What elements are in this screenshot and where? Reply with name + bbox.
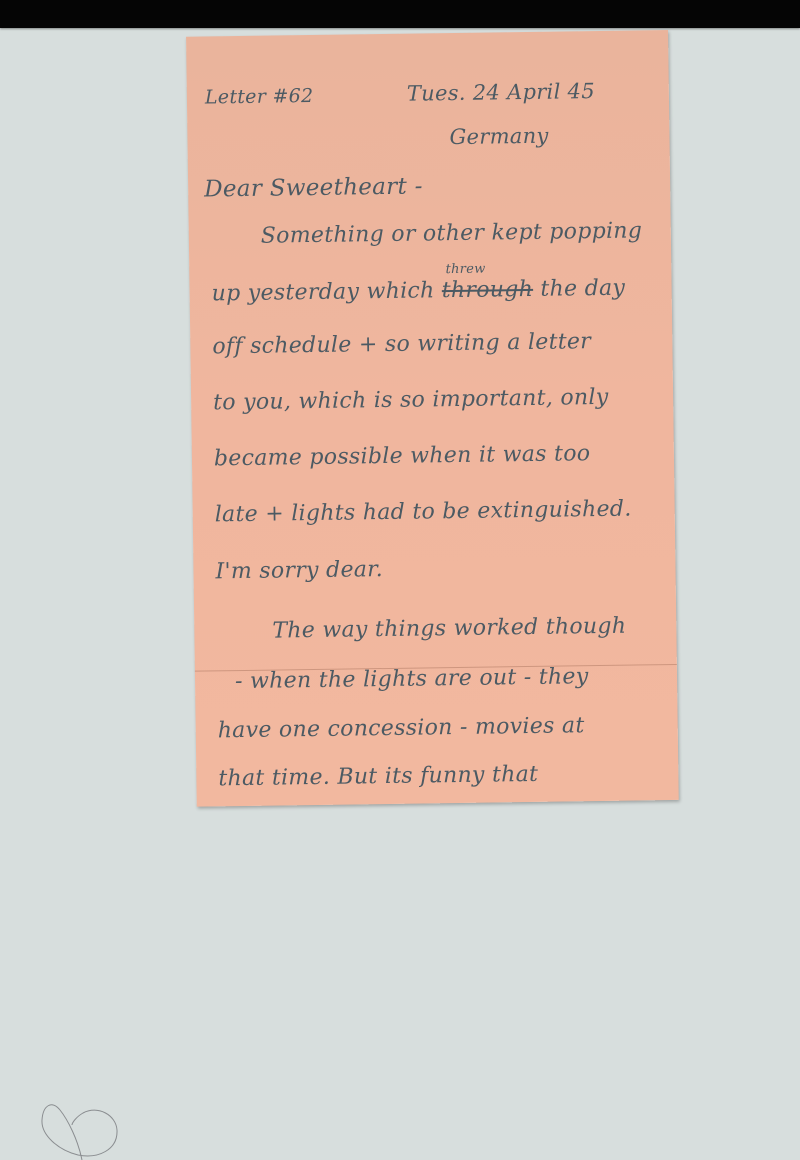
body-line-5: became possible when it was too <box>214 441 591 471</box>
line-text: became possible when it was too <box>214 441 591 471</box>
line-text: off schedule + so writing a letter <box>212 329 591 359</box>
inserted-word: threw <box>445 262 485 278</box>
body-line-9: - when the lights are out - they <box>235 664 589 694</box>
body-line-8: The way things worked though <box>272 614 626 644</box>
body-line-2: up yesterday which threwthrough the day <box>211 276 625 307</box>
body-line-7: I'm sorry dear. <box>215 557 383 584</box>
body-line-6: late + lights had to be extinguished. <box>215 497 632 528</box>
line-text: have one concession - movies at <box>218 713 585 743</box>
line-text: up yesterday which <box>211 278 442 306</box>
body-line-10: have one concession - movies at <box>218 713 585 743</box>
salutation: Dear Sweetheart - <box>204 173 423 202</box>
line-text: Something or other kept popping <box>261 218 643 248</box>
line-text: - when the lights are out - they <box>235 664 589 694</box>
line-text: the day <box>533 276 625 302</box>
struck-word: threwthrough <box>442 277 534 303</box>
line-text: The way things worked though <box>272 614 626 644</box>
body-line-1: Something or other kept popping <box>261 218 643 248</box>
pencil-scribble-icon <box>38 1085 128 1160</box>
line-text: to you, which is so important, only <box>213 385 609 416</box>
letter-number: Letter #62 <box>205 85 314 109</box>
letter-date: Tues. 24 April 45 <box>407 79 595 106</box>
scanner-lid-edge <box>0 0 800 28</box>
body-line-11: that time. But its funny that <box>218 762 538 791</box>
line-text: that time. But its funny that <box>218 762 538 791</box>
letter-page: Letter #62 Tues. 24 April 45 Germany Dea… <box>186 30 679 807</box>
letter-place: Germany <box>449 124 548 149</box>
body-line-3: off schedule + so writing a letter <box>212 329 591 359</box>
line-text: I'm sorry dear. <box>215 557 383 584</box>
body-line-4: to you, which is so important, only <box>213 385 609 416</box>
line-text: late + lights had to be extinguished. <box>215 497 632 528</box>
